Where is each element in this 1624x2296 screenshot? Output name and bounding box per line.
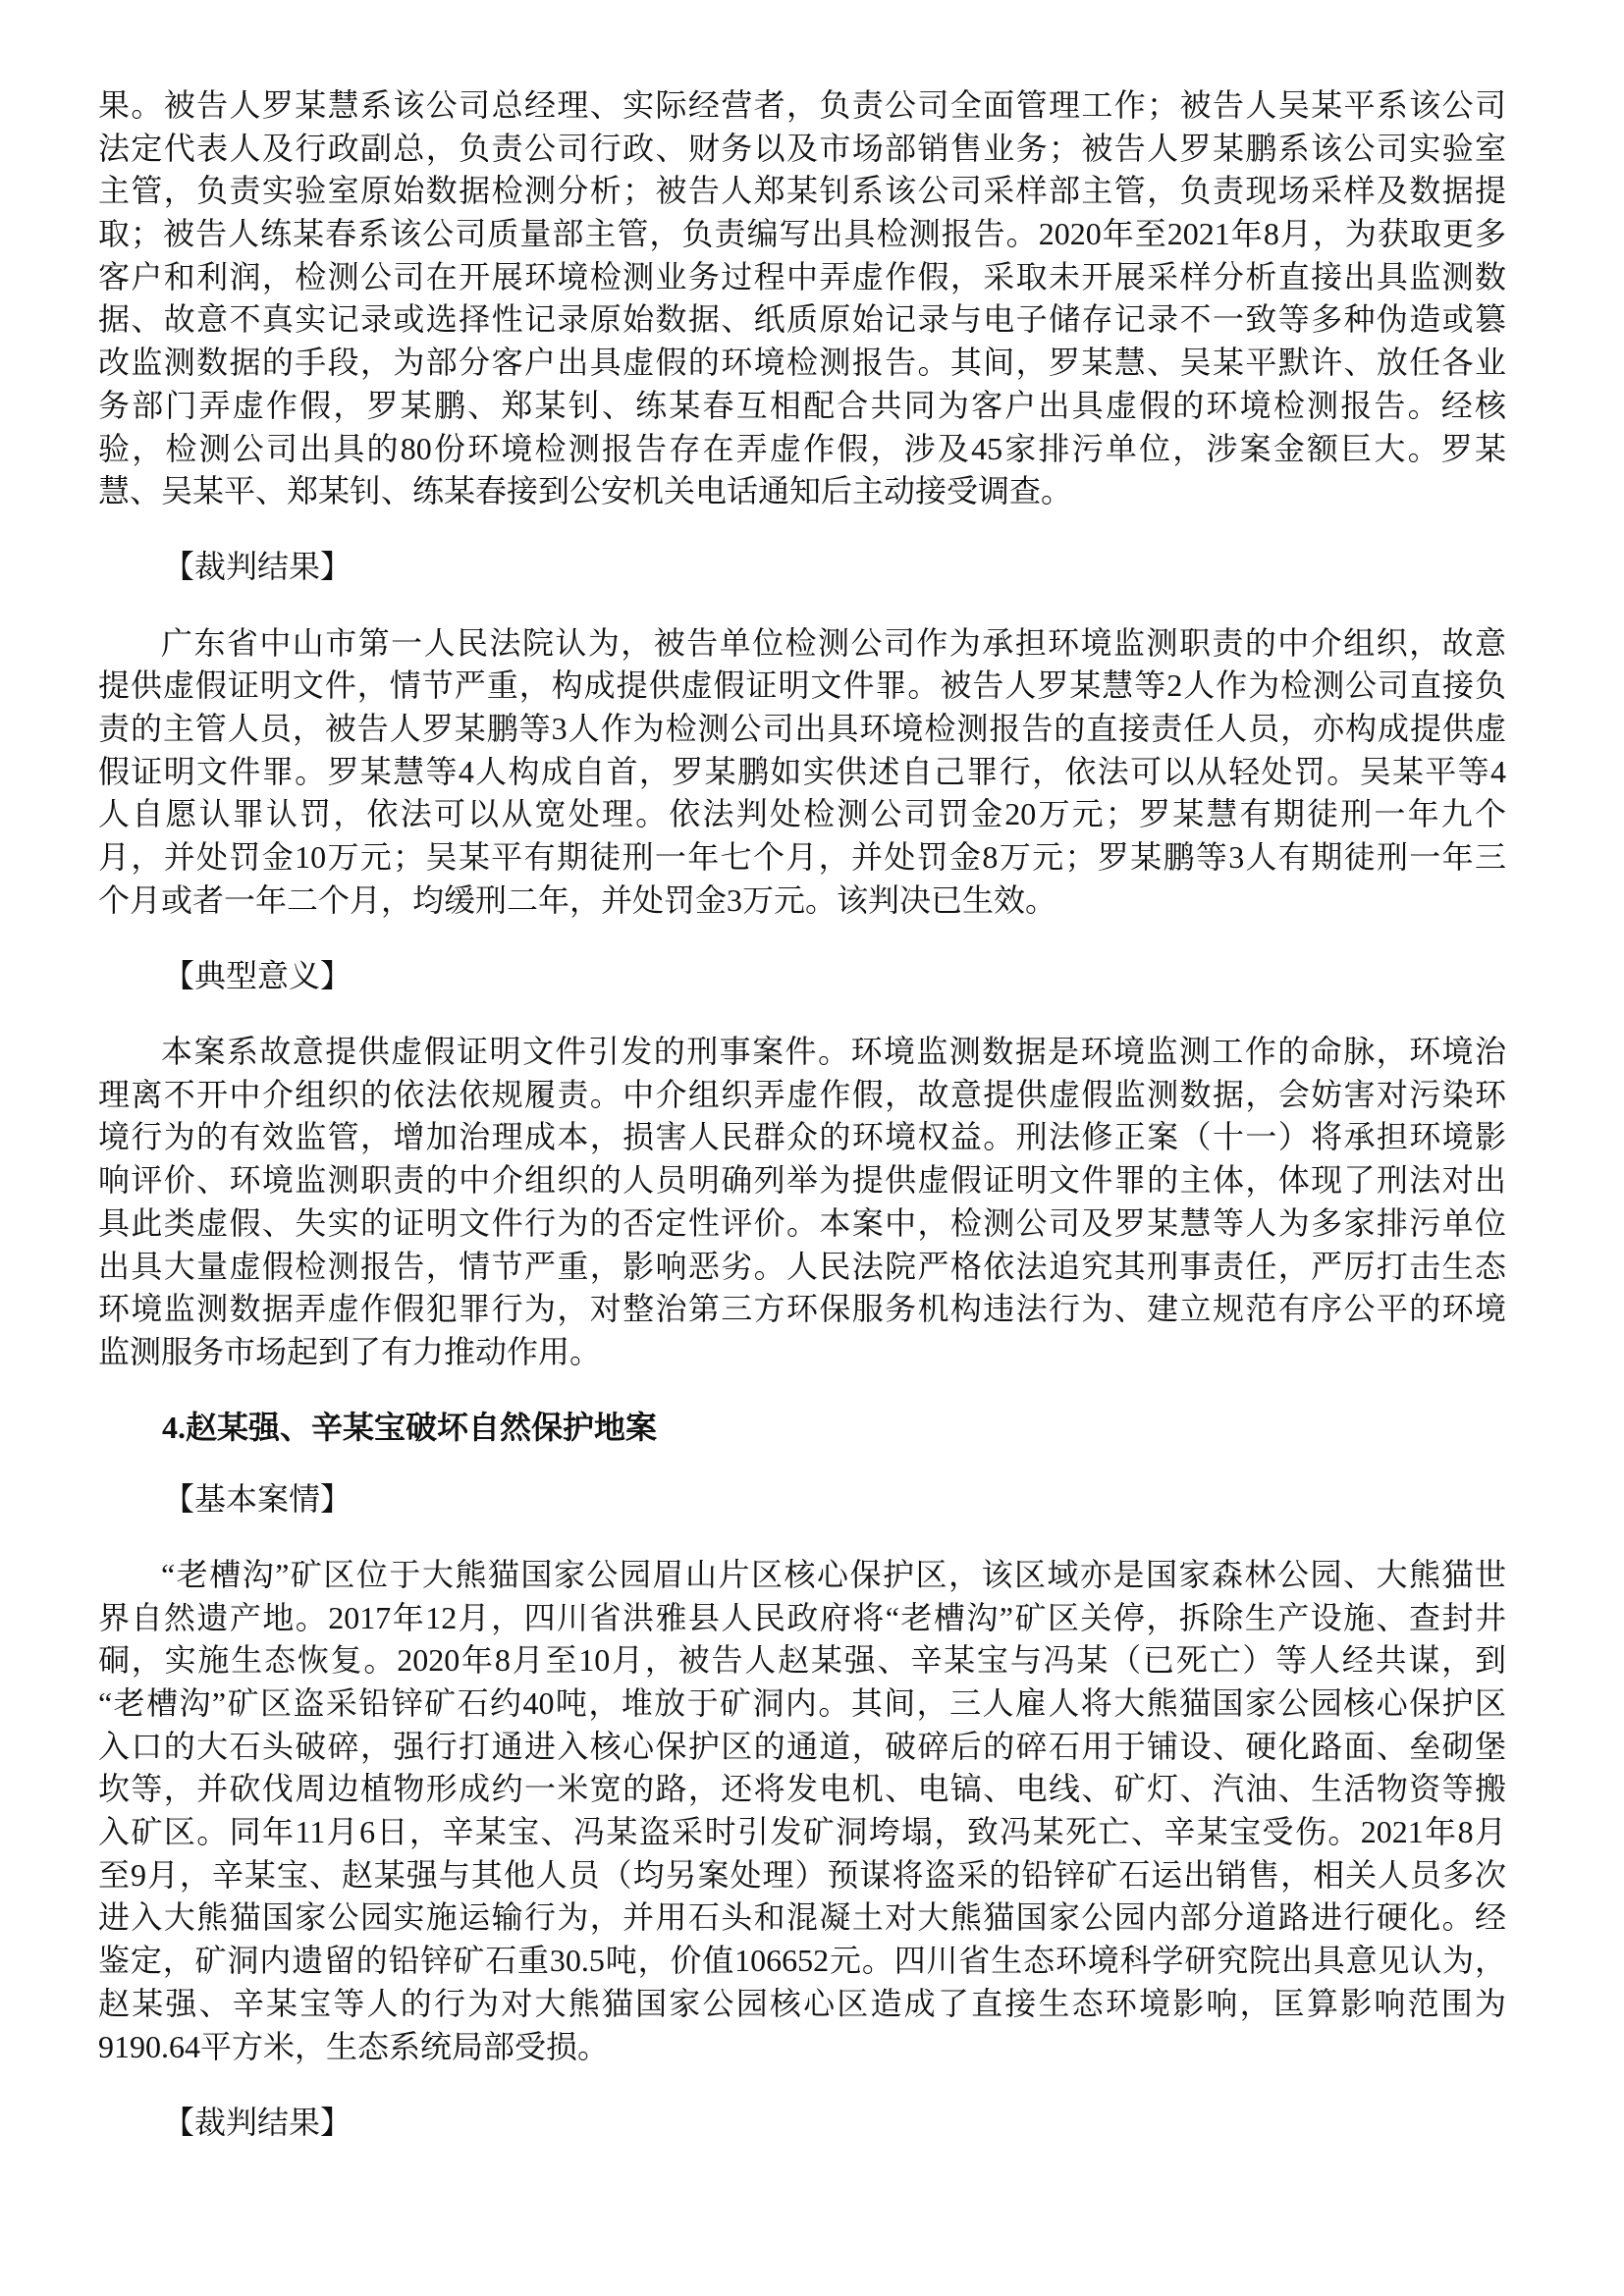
paragraph-line: 据、故意不真实记录或选择性记录原始数据、纸质原始记录与电子储存记录不一致等多种伪… bbox=[98, 298, 1506, 342]
paragraph-line: 至9月，辛某宝、赵某强与其他人员（均另案处理）预谋将盗采的铅锌矿石运出销售，相关… bbox=[98, 1854, 1506, 1897]
paragraph-line: 法定代表人及行政副总，负责公司行政、财务以及市场部销售业务；被告人罗某鹏系该公司… bbox=[98, 128, 1506, 171]
paragraph-line: 硐，实施生态恢复。2020年8月至10月，被告人赵某强、辛某宝与冯某（已死亡）等… bbox=[98, 1639, 1506, 1682]
paragraph-line: 改监测数据的手段，为部分客户出具虚假的环境检测报告。其间，罗某慧、吴某平默许、放… bbox=[98, 342, 1506, 385]
case-title-heading: 4.赵某强、辛某宝破坏自然保护地案 bbox=[98, 1407, 1506, 1450]
section-heading: 【典型意义】 bbox=[98, 955, 1506, 998]
paragraph-line: 界自然遗产地。2017年12月，四川省洪雅县人民政府将“老槽沟”矿区关停，拆除生… bbox=[98, 1597, 1506, 1640]
paragraph-line: 验，检测公司出具的80份环境检测报告存在弄虚作假，涉及45家排污单位，涉案金额巨… bbox=[98, 428, 1506, 471]
paragraph-line: 广东省中山市第一人民法院认为，被告单位检测公司作为承担环境监测职责的中介组织，故… bbox=[98, 622, 1506, 666]
body-paragraph: 果。被告人罗某慧系该公司总经理、实际经营者，负责公司全面管理工作；被告人吴某平系… bbox=[98, 84, 1506, 513]
paragraph-line: 理离不开中介组织的依法依规履责。中介组织弄虚作假，故意提供虚假监测数据，会妨害对… bbox=[98, 1074, 1506, 1117]
section-heading: 【裁判结果】 bbox=[98, 546, 1506, 589]
body-paragraph: 本案系故意提供虚假证明文件引发的刑事案件。环境监测数据是环境监测工作的命脉，环境… bbox=[98, 1031, 1506, 1374]
paragraph-line: 出具大量虚假检测报告，情节严重，影响恶劣。人民法院严格依法追究其刑事责任，严厉打… bbox=[98, 1246, 1506, 1289]
paragraph-line: 月，并处罚金10万元；吴某平有期徒刑一年七个月，并处罚金8万元；罗某鹏等3人有期… bbox=[98, 836, 1506, 880]
paragraph-line: 假证明文件罪。罗某慧等4人构成自首，罗某鹏如实供述自己罪行，依法可以从轻处罚。吴… bbox=[98, 751, 1506, 794]
paragraph-line: 监测服务市场起到了有力推动作用。 bbox=[98, 1331, 1506, 1374]
body-paragraph: 广东省中山市第一人民法院认为，被告单位检测公司作为承担环境监测职责的中介组织，故… bbox=[98, 622, 1506, 923]
document-page: 果。被告人罗某慧系该公司总经理、实际经营者，负责公司全面管理工作；被告人吴某平系… bbox=[98, 84, 1506, 2177]
paragraph-line: 鉴定，矿洞内遗留的铅锌矿石重30.5吨，价值106652元。四川省生态环境科学研… bbox=[98, 1940, 1506, 1983]
paragraph-line: 客户和利润，检测公司在开展环境检测业务过程中弄虚作假，采取未开展采样分析直接出具… bbox=[98, 256, 1506, 299]
paragraph-line: 取；被告人练某春系该公司质量部主管，负责编写出具检测报告。2020年至2021年… bbox=[98, 213, 1506, 256]
paragraph-line: 境行为的有效监管，增加治理成本，损害人民群众的环境权益。刑法修正案（十一）将承担… bbox=[98, 1116, 1506, 1159]
paragraph-line: 进入大熊猫国家公园实施运输行为，并用石头和混凝土对大熊猫国家公园内部分道路进行硬… bbox=[98, 1896, 1506, 1940]
body-paragraph: “老槽沟”矿区位于大熊猫国家公园眉山片区核心保护区，该区域亦是国家森林公园、大熊… bbox=[98, 1554, 1506, 2068]
paragraph-line: 响评价、环境监测职责的中介组织的人员明确列举为提供虚假证明文件罪的主体，体现了刑… bbox=[98, 1159, 1506, 1202]
paragraph-line: “老槽沟”矿区盗采铅锌矿石约40吨，堆放于矿洞内。其间，三人雇人将大熊猫国家公园… bbox=[98, 1682, 1506, 1726]
paragraph-line: 具此类虚假、失实的证明文件行为的否定性评价。本案中，检测公司及罗某慧等人为多家排… bbox=[98, 1202, 1506, 1246]
paragraph-line: 赵某强、辛某宝等人的行为对大熊猫国家公园核心区造成了直接生态环境影响，匡算影响范… bbox=[98, 1983, 1506, 2026]
paragraph-line: 提供虚假证明文件，情节严重，构成提供虚假证明文件罪。被告人罗某慧等2人作为检测公… bbox=[98, 665, 1506, 708]
paragraph-line: 环境监测数据弄虚作假犯罪行为，对整治第三方环保服务机构违法行为、建立规范有序公平… bbox=[98, 1288, 1506, 1331]
paragraph-line: 坎等，并砍伐周边植物形成约一米宽的路，还将发电机、电镐、电线、矿灯、汽油、生活物… bbox=[98, 1768, 1506, 1811]
paragraph-line: 慧、吴某平、郑某钊、练某春接到公安机关电话通知后主动接受调查。 bbox=[98, 470, 1506, 513]
paragraph-line: 个月或者一年二个月，均缓刑二年，并处罚金3万元。该判决已生效。 bbox=[98, 880, 1506, 923]
paragraph-line: 入口的大石头破碎，强行打通进入核心保护区的通道，破碎后的碎石用于铺设、硬化路面、… bbox=[98, 1726, 1506, 1769]
paragraph-line: 人自愿认罪认罚，依法可以从宽处理。依法判处检测公司罚金20万元；罗某慧有期徒刑一… bbox=[98, 793, 1506, 836]
section-heading: 【裁判结果】 bbox=[98, 2102, 1506, 2145]
paragraph-line: 务部门弄虚作假，罗某鹏、郑某钊、练某春互相配合共同为客户出具虚假的环境检测报告。… bbox=[98, 385, 1506, 428]
paragraph-line: 果。被告人罗某慧系该公司总经理、实际经营者，负责公司全面管理工作；被告人吴某平系… bbox=[98, 84, 1506, 128]
paragraph-line: 入矿区。同年11月6日，辛某宝、冯某盗采时引发矿洞垮塌，致冯某死亡、辛某宝受伤。… bbox=[98, 1811, 1506, 1854]
paragraph-line: 本案系故意提供虚假证明文件引发的刑事案件。环境监测数据是环境监测工作的命脉，环境… bbox=[98, 1031, 1506, 1074]
paragraph-line: 责的主管人员，被告人罗某鹏等3人作为检测公司出具环境检测报告的直接责任人员，亦构… bbox=[98, 708, 1506, 751]
paragraph-line: 主管，负责实验室原始数据检测分析；被告人郑某钊系该公司采样部主管，负责现场采样及… bbox=[98, 170, 1506, 213]
section-heading: 【基本案情】 bbox=[98, 1478, 1506, 1522]
paragraph-line: “老槽沟”矿区位于大熊猫国家公园眉山片区核心保护区，该区域亦是国家森林公园、大熊… bbox=[98, 1554, 1506, 1597]
paragraph-line: 9190.64平方米，生态系统局部受损。 bbox=[98, 2026, 1506, 2069]
